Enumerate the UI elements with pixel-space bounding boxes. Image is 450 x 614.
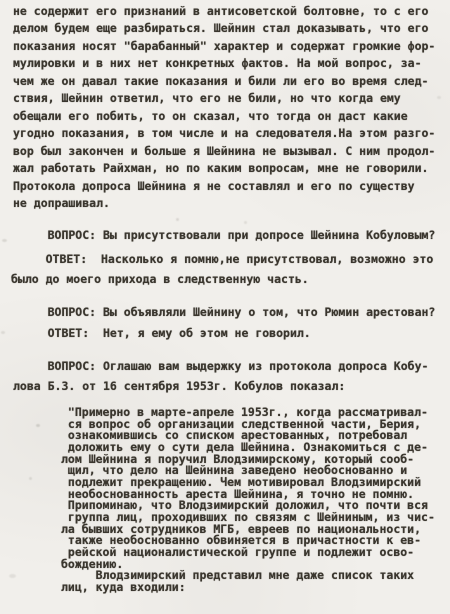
answer-2: ОТВЕТ: Нет, я ему об этом не говорил. <box>13 325 311 342</box>
text-line: жал работать Райхман, но по каким вопрос… <box>13 160 435 177</box>
scan-noise-speck <box>1 331 5 334</box>
text-line: лова Б.З. от 16 сентября 1953г. Кобулов … <box>13 376 428 396</box>
text-line: было до моего прихода в следственную час… <box>11 270 433 290</box>
question-3: ВОПРОС: Оглашаю вам выдержку из протокол… <box>13 356 428 396</box>
text-line: делом будем еще разбираться. Шейнин стал… <box>13 20 435 37</box>
text-line: ОТВЕТ: Нет, я ему об этом не говорил. <box>13 325 311 342</box>
text-line: угодно показания, в том числе и на следо… <box>13 125 435 142</box>
scan-noise-speck <box>29 477 32 480</box>
text-line: ВОПРОС: Вы присутствовали при допросе Ше… <box>13 227 435 244</box>
scan-noise-speck <box>176 218 179 221</box>
question-1: ВОПРОС: Вы присутствовали при допросе Ше… <box>13 227 435 244</box>
text-line: чем же он давал такие показания и били л… <box>13 73 435 90</box>
scan-noise-speck <box>437 96 441 99</box>
text-line: ВОПРОС: Оглашаю вам выдержку из протокол… <box>13 356 428 376</box>
text-line: не допрашивал. <box>13 195 435 212</box>
answer-1: ОТВЕТ: Насколько я помню,не присутствова… <box>11 250 433 289</box>
text-line: вор был закончен и больше я Шейнина не в… <box>13 143 435 160</box>
text-line: ВОПРОС: Вы объявляли Шейнину о том, что … <box>13 304 435 321</box>
text-line: мулировки и в них нет конкретных фактов.… <box>13 55 435 72</box>
scan-noise-speck <box>2 239 7 242</box>
text-line: Протокола допроса Шейнина я не составлял… <box>13 178 435 195</box>
text-line: не содержит его признаний в антисоветско… <box>13 3 435 20</box>
opening-paragraph: не содержит его признаний в антисоветско… <box>13 3 435 212</box>
text-line: ОТВЕТ: Насколько я помню,не присутствова… <box>11 250 433 270</box>
scan-noise-speck <box>244 221 247 224</box>
text-line: обещали его побить, то он сказал, что то… <box>13 108 435 125</box>
scanned-document-page: не содержит его признаний в антисоветско… <box>0 0 450 614</box>
text-line: лиц, куда входили: <box>61 582 435 594</box>
question-2: ВОПРОС: Вы объявляли Шейнину о том, что … <box>13 304 435 321</box>
quoted-testimony-block: "Примерно в марте-апреле 1953г., когда р… <box>61 407 435 594</box>
scan-noise-speck <box>9 574 16 578</box>
text-line: показания носят "барабанный" характер и … <box>13 38 435 55</box>
scan-noise-speck <box>36 424 40 427</box>
text-line: ствия, Шейнин ответил, что его не били, … <box>13 90 435 107</box>
